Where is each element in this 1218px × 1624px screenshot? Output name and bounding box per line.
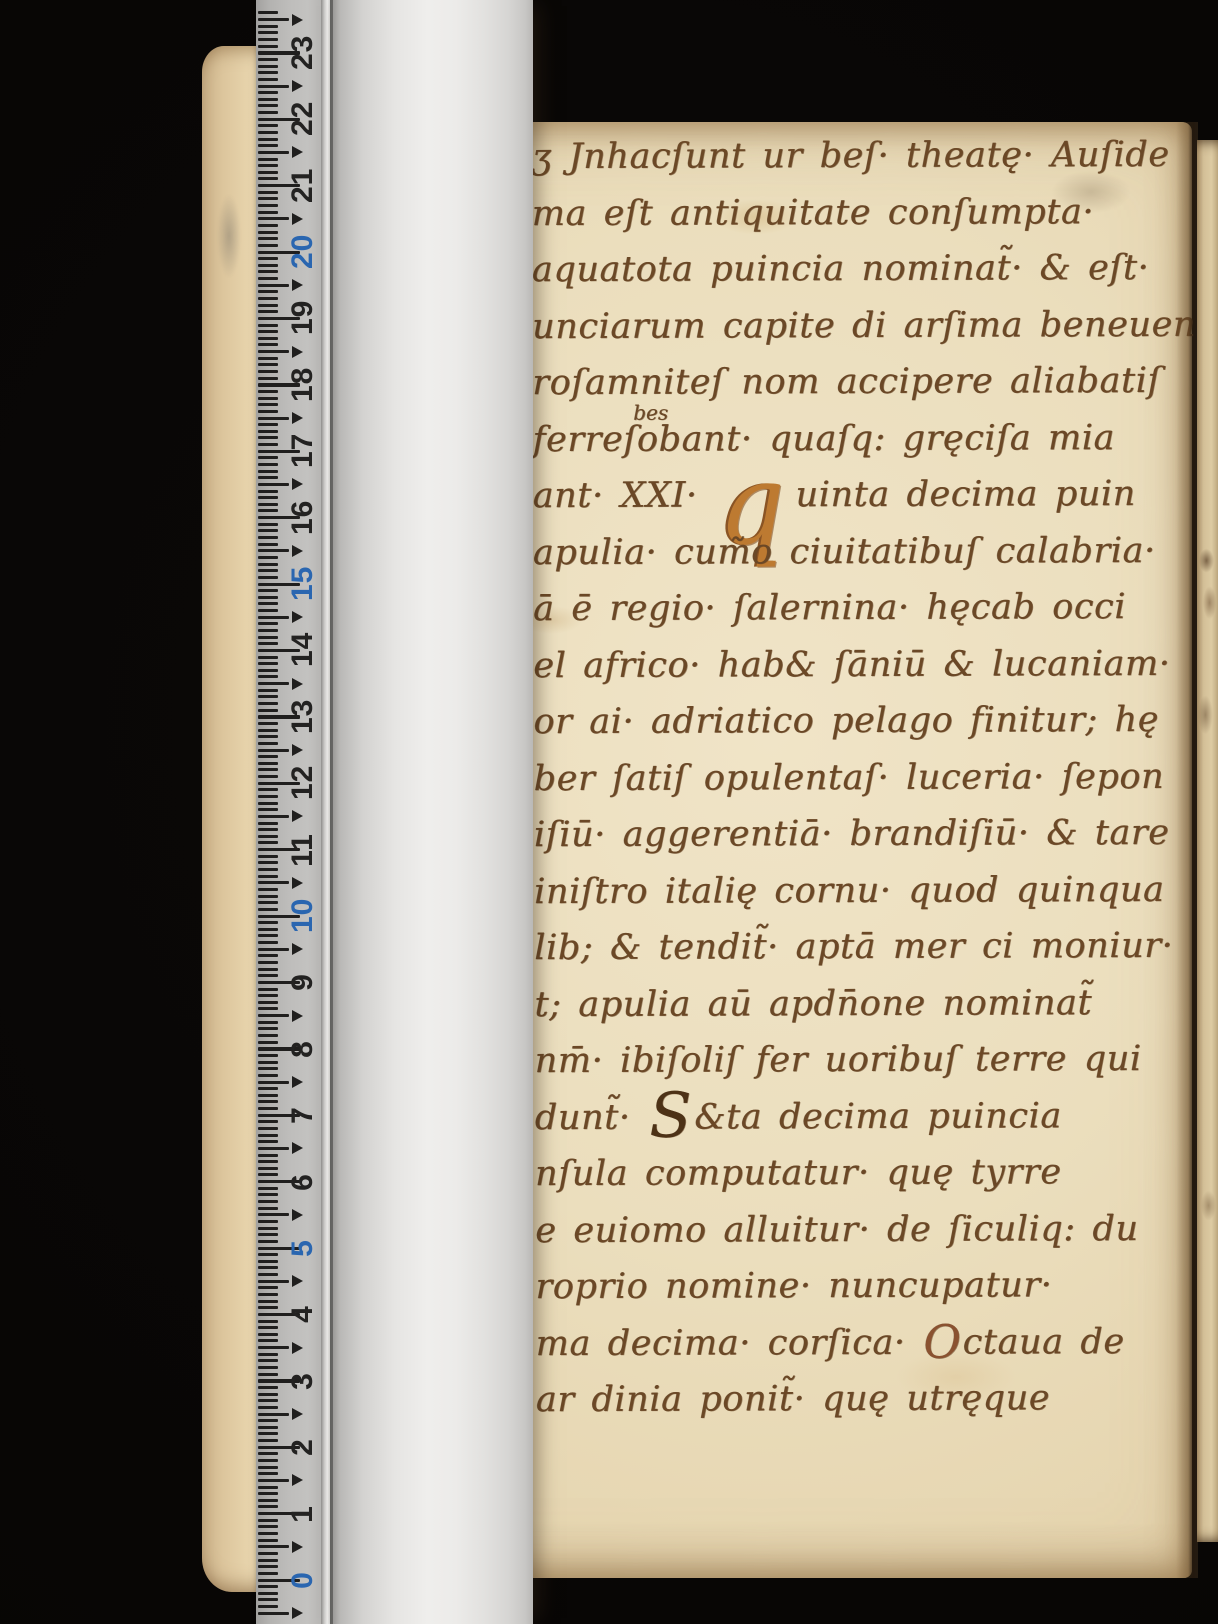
manuscript-line: t; apulia aū apdn̄one nominat̃ bbox=[534, 975, 1092, 1034]
ruler-tick bbox=[258, 363, 278, 366]
ruler-tick bbox=[258, 1472, 278, 1475]
ruler-tick bbox=[258, 576, 278, 579]
ruler-tick bbox=[258, 928, 278, 931]
ruler-tick bbox=[258, 1353, 278, 1356]
ruler-halfcm-arrow bbox=[292, 279, 303, 291]
ruler-tick bbox=[258, 1173, 278, 1176]
ruler-number: 4 bbox=[286, 1297, 320, 1331]
manuscript-line: el africo· hab& ſāniū & lucaniam· bbox=[533, 635, 1170, 694]
ruler-tick bbox=[258, 25, 278, 28]
ruler-tick bbox=[258, 1505, 278, 1508]
ruler-tick bbox=[258, 456, 278, 459]
line-text: ma eſt antiquitate conſumpta· bbox=[532, 192, 1095, 234]
ruler-tick bbox=[258, 841, 278, 844]
ruler-halfcm-arrow bbox=[292, 1607, 303, 1619]
ruler-halfcm-arrow bbox=[292, 943, 303, 955]
line-text: ant· XXI· bbox=[533, 476, 715, 517]
ruler-tick bbox=[258, 775, 278, 778]
ruler-tick bbox=[258, 390, 278, 393]
ruler-tick bbox=[258, 1565, 278, 1568]
pencil-smudge bbox=[212, 176, 246, 296]
ruler-tick bbox=[258, 1459, 278, 1462]
ruler-tick bbox=[258, 324, 278, 327]
ruler-tick bbox=[258, 58, 278, 61]
ruler-tick bbox=[258, 1479, 289, 1482]
ruler-number: 19 bbox=[286, 301, 320, 335]
ruler-tick bbox=[258, 1273, 278, 1276]
roll-seam-shadow bbox=[330, 0, 333, 1624]
manuscript-line: ma decima· corſica· Octaua de bbox=[536, 1314, 1125, 1373]
ruler-tick bbox=[258, 1207, 278, 1210]
manuscript-line: ma eſt antiquitate conſumpta· bbox=[532, 184, 1095, 243]
line-text: &ta decima puincia bbox=[694, 1096, 1062, 1137]
manuscript-line: ber ſatiſ opulentaſ· luceria· ſepon bbox=[534, 748, 1165, 807]
ruler-number: 14 bbox=[286, 633, 320, 667]
ruler-tick bbox=[258, 264, 278, 267]
ruler-tick bbox=[258, 430, 278, 433]
ruler-halfcm-arrow bbox=[292, 1342, 303, 1354]
ruler-tick bbox=[258, 138, 278, 141]
ruler-number: 9 bbox=[286, 965, 320, 999]
ruler-tick bbox=[258, 881, 289, 884]
ruler-tick bbox=[258, 204, 278, 207]
ruler-tick bbox=[258, 417, 289, 420]
ruler-halfcm-arrow bbox=[292, 1408, 303, 1420]
ruler-tick bbox=[258, 948, 289, 951]
ruler-tick bbox=[258, 1107, 278, 1110]
ruler-tick bbox=[258, 1452, 278, 1455]
ruler-tick bbox=[258, 1227, 278, 1230]
ruler-tick bbox=[258, 729, 278, 732]
ruler-halfcm-arrow bbox=[292, 1541, 303, 1553]
line-text: nſula computatur· quę tyrre bbox=[535, 1152, 1062, 1194]
ruler-tick bbox=[258, 1100, 278, 1103]
ruler-tick bbox=[258, 702, 278, 705]
ruler-tick bbox=[258, 1419, 278, 1422]
ruler-tick bbox=[258, 224, 278, 227]
ruler-tick bbox=[258, 602, 278, 605]
ruler-halfcm-arrow bbox=[292, 346, 303, 358]
ruler-tick bbox=[258, 1074, 278, 1077]
ruler-tick bbox=[258, 1127, 278, 1130]
ruler-tick bbox=[258, 529, 278, 532]
ruler-tick bbox=[258, 297, 278, 300]
ruler-tick bbox=[258, 1140, 278, 1143]
ruler-tick bbox=[258, 1167, 278, 1170]
ruler-tick bbox=[258, 197, 278, 200]
ruler-number: 22 bbox=[286, 102, 320, 136]
ruler-tick bbox=[258, 735, 278, 738]
ruler-tick bbox=[258, 1346, 289, 1349]
ruler-tick bbox=[258, 1007, 278, 1010]
ruler-tick bbox=[258, 350, 289, 353]
ruler-tick bbox=[258, 18, 289, 21]
line-text: unciarum capite di arſima beneuen bbox=[532, 304, 1196, 346]
ruler-halfcm-arrow bbox=[292, 1010, 303, 1022]
ruler-tick bbox=[258, 177, 278, 180]
ruler-tick bbox=[258, 397, 278, 400]
ruler-tick bbox=[258, 1552, 278, 1555]
ruler-tick bbox=[258, 111, 278, 114]
ruler-tick bbox=[258, 1499, 278, 1502]
line-text: e euiomo alluitur· de ſiculiq: du bbox=[535, 1209, 1138, 1251]
ruler-tick bbox=[258, 1293, 278, 1296]
ruler-tick bbox=[258, 1545, 289, 1548]
ruler-tick bbox=[258, 509, 278, 512]
manuscript-line: ar dinia ponit̃· quę utręque bbox=[536, 1370, 1050, 1429]
ruler-tick bbox=[258, 1154, 278, 1157]
ruler-tick bbox=[258, 45, 278, 48]
manuscript-line: or ai· adriatico pelago finitur; hę bbox=[533, 692, 1159, 751]
ruler-tick bbox=[258, 1240, 278, 1243]
ruler-tick bbox=[258, 1519, 278, 1522]
manuscript-line: ferreſobbesant· quaſq: gręciſa mia bbox=[532, 410, 1115, 469]
ruler-tick bbox=[258, 1280, 289, 1283]
ruler-tick bbox=[258, 231, 278, 234]
ruler-halfcm-arrow bbox=[292, 80, 303, 92]
ruler-tick bbox=[258, 569, 278, 572]
ruler-tick bbox=[258, 1147, 289, 1150]
ruler-tick bbox=[258, 124, 278, 127]
ruler-tick bbox=[258, 1286, 278, 1289]
ruler-tick bbox=[258, 1081, 289, 1084]
ruler-tick bbox=[258, 1492, 278, 1495]
ruler-tick bbox=[258, 974, 278, 977]
ruler-tick bbox=[258, 1253, 278, 1256]
ruler-tick bbox=[258, 38, 278, 41]
ruler-tick bbox=[258, 503, 278, 506]
photo-stage: ʒ Jnhacſunt ur beſ· theatę· Auſidema eſt… bbox=[0, 0, 1218, 1624]
ruler-tick bbox=[258, 370, 278, 373]
ruler-number: 20 bbox=[286, 235, 320, 269]
ruler-tick bbox=[258, 749, 289, 752]
ruler-tick bbox=[258, 523, 278, 526]
manuscript-line: apulia· cum̃o ciuitatibuſ calabria· bbox=[533, 522, 1156, 581]
ruler-number: 7 bbox=[286, 1098, 320, 1132]
ruler-tick bbox=[258, 636, 278, 639]
ruler-tick bbox=[258, 1612, 289, 1615]
line-text: ā ē regio· ſalernina· hęcab occi bbox=[533, 587, 1126, 629]
ruler-tick bbox=[258, 237, 278, 240]
ruler-tick bbox=[258, 1326, 278, 1329]
ruler-tick bbox=[258, 622, 278, 625]
ruler-tick bbox=[258, 934, 278, 937]
ruler-number: 21 bbox=[286, 169, 320, 203]
line-text: or ai· adriatico pelago finitur; hę bbox=[533, 700, 1159, 742]
ruler-tick bbox=[258, 795, 278, 798]
manuscript-line: nſula computatur· quę tyrre bbox=[535, 1144, 1062, 1203]
ruler-tick bbox=[258, 722, 278, 725]
line-text: t; apulia aū apdn̄one nominat̃ bbox=[534, 983, 1092, 1025]
ruler-tick bbox=[258, 71, 278, 74]
ruler-tick bbox=[258, 629, 278, 632]
manuscript-line: lib; & tendit̃· aptā mer ci moniur· bbox=[534, 918, 1173, 977]
ruler-tick bbox=[258, 609, 278, 612]
ruler-tick bbox=[258, 1359, 278, 1362]
ruler-tick bbox=[258, 377, 278, 380]
ruler-tick bbox=[258, 1386, 278, 1389]
ruler-tick bbox=[258, 1585, 278, 1588]
ruler-tick bbox=[258, 1572, 278, 1575]
ruler-tick bbox=[258, 310, 278, 313]
line-text: roprio nomine· nuncupatur· bbox=[535, 1265, 1052, 1307]
ruler-tick bbox=[258, 257, 278, 260]
ruler-halfcm-arrow bbox=[292, 412, 303, 424]
manuscript-line: nm̄· ibiſoliſ fer uoribuſ terre qui bbox=[535, 1031, 1142, 1090]
ruler-tick bbox=[258, 642, 278, 645]
ruler-tick bbox=[258, 1439, 278, 1442]
ruler-tick bbox=[258, 543, 278, 546]
line-text: nm̄· ibiſoliſ fer uoribuſ terre qui bbox=[535, 1039, 1142, 1081]
ruler-tick bbox=[258, 91, 278, 94]
ruler-tick bbox=[258, 762, 278, 765]
ruler-tick bbox=[258, 835, 278, 838]
ruler-tick bbox=[258, 589, 278, 592]
ruler-tick bbox=[258, 211, 278, 214]
ruler-tick bbox=[258, 1094, 278, 1097]
ruler-tick bbox=[258, 675, 278, 678]
ruler-tick bbox=[258, 1027, 278, 1030]
ruler-tick bbox=[258, 1320, 278, 1323]
ruler-tick bbox=[258, 742, 278, 745]
ruler-tick bbox=[258, 1014, 289, 1017]
ruler-tick bbox=[258, 1532, 278, 1535]
manuscript-line: roprio nomine· nuncupatur· bbox=[535, 1257, 1052, 1316]
line-text: lib; & tendit̃· aptā mer ci moniur· bbox=[534, 926, 1173, 968]
ruler-tick bbox=[258, 1393, 278, 1396]
ruler-tick bbox=[258, 443, 278, 446]
ruler-tick bbox=[258, 1366, 278, 1369]
ruler-tick bbox=[258, 1413, 289, 1416]
ruler-number: 3 bbox=[286, 1364, 320, 1398]
ruler-tick bbox=[258, 290, 278, 293]
ruler-number: 1 bbox=[286, 1497, 320, 1531]
ruler-tick bbox=[258, 1373, 278, 1376]
ruler-halfcm-arrow bbox=[292, 146, 303, 158]
gutter-crease bbox=[1176, 122, 1198, 1578]
line-text: ʒ Jnhacſunt ur beſ· theatę· Auſide bbox=[532, 135, 1170, 177]
ruler-tick bbox=[258, 815, 289, 818]
ruler-halfcm-arrow bbox=[292, 545, 303, 557]
manuscript-line: ant· XXI· quinta decima puin bbox=[533, 466, 1136, 525]
ruler-tick bbox=[258, 270, 278, 273]
ruler-tick bbox=[258, 709, 278, 712]
ruler-tick bbox=[258, 556, 278, 559]
ruler-tick bbox=[258, 85, 289, 88]
ruler-tick bbox=[258, 808, 278, 811]
manuscript-line: aquatota puincia nominat̃· & eſt· bbox=[532, 240, 1150, 299]
ruler-tick bbox=[258, 423, 278, 426]
ruler-number: 23 bbox=[286, 36, 320, 70]
ruler-number: 0 bbox=[286, 1563, 320, 1597]
ruler-tick bbox=[258, 895, 278, 898]
manuscript-line: ā ē regio· ſalernina· hęcab occi bbox=[533, 579, 1126, 638]
line-text: apulia· cum̃o ciuitatibuſ calabria· bbox=[533, 530, 1156, 572]
ruler-tick bbox=[258, 549, 289, 552]
ruler-tick bbox=[258, 158, 278, 161]
ruler-tick bbox=[258, 1333, 278, 1336]
ruler-tick bbox=[258, 98, 278, 101]
ruler-halfcm-arrow bbox=[292, 1076, 303, 1088]
ruler-tick bbox=[258, 470, 278, 473]
ruler-number: 15 bbox=[286, 567, 320, 601]
ruler-tick bbox=[258, 65, 278, 68]
ruler-number: 18 bbox=[286, 368, 320, 402]
ruler-tick bbox=[258, 1120, 278, 1123]
ruler-halfcm-arrow bbox=[292, 877, 303, 889]
ruler-tick bbox=[258, 1266, 278, 1269]
ruler-tick bbox=[258, 689, 278, 692]
ruler-tick bbox=[258, 1187, 278, 1190]
ruler-number: 17 bbox=[286, 434, 320, 468]
ruler-tick bbox=[258, 337, 278, 340]
line-text: uinta decima puin bbox=[796, 474, 1136, 515]
ruler-tick bbox=[258, 1054, 278, 1057]
ruler-tick bbox=[258, 164, 278, 167]
ruler-tick bbox=[258, 908, 278, 911]
ruler-halfcm-arrow bbox=[292, 1275, 303, 1287]
ruler-tick bbox=[258, 1486, 278, 1489]
ruler-number: 2 bbox=[286, 1430, 320, 1464]
ruler-tick bbox=[258, 1260, 278, 1263]
ruler-number: 12 bbox=[286, 766, 320, 800]
ruler-tick bbox=[258, 343, 278, 346]
ruler-tick bbox=[258, 191, 278, 194]
ruler-tick bbox=[258, 1067, 278, 1070]
manuscript-line: unciarum capite di arſima beneuen bbox=[532, 296, 1196, 355]
manuscript-line: e euiomo alluitur· de ſiculiq: du bbox=[535, 1201, 1139, 1260]
ruler-tick bbox=[258, 463, 278, 466]
ruler-tick bbox=[258, 961, 278, 964]
ruler-tick bbox=[258, 284, 289, 287]
ruler-tick bbox=[258, 536, 278, 539]
ruler-tick bbox=[258, 1598, 278, 1601]
ruler-tick bbox=[258, 104, 278, 107]
ruler-tick bbox=[258, 1134, 278, 1137]
ruler-tick bbox=[258, 755, 278, 758]
ruler-tick bbox=[258, 490, 278, 493]
manuscript-line: iniſtro italię cornu· quod quinqua bbox=[534, 861, 1165, 920]
ruler-tick bbox=[258, 1233, 278, 1236]
ruler-tick bbox=[258, 988, 278, 991]
ruler-tick bbox=[258, 875, 278, 878]
line-text: ſobbes bbox=[623, 419, 681, 459]
line-text: dunt̃· bbox=[535, 1097, 648, 1137]
ruler-tick bbox=[258, 11, 278, 14]
ruler-tick bbox=[258, 656, 278, 659]
manuscript-line: ʒ Jnhacſunt ur beſ· theatę· Auſide bbox=[531, 127, 1169, 186]
ruler-tick bbox=[258, 330, 278, 333]
ruler-tick bbox=[258, 616, 289, 619]
ruler-number: 13 bbox=[286, 700, 320, 734]
ruler-tick bbox=[258, 1539, 278, 1542]
ruler-tick bbox=[258, 563, 278, 566]
ruler-tick bbox=[258, 822, 278, 825]
ruler-bevel-edge bbox=[321, 0, 330, 1624]
ruler-tick bbox=[258, 921, 278, 924]
ruler-number: 6 bbox=[286, 1165, 320, 1199]
ruler-tick bbox=[258, 1213, 289, 1216]
manuscript-line: iſiū· aggerentiā· brandiſiū· & tare bbox=[534, 805, 1170, 864]
ruler-tick bbox=[258, 669, 278, 672]
ruler-halfcm-arrow bbox=[292, 1209, 303, 1221]
line-text: ar dinia ponit̃· quę utręque bbox=[536, 1378, 1050, 1420]
manuscript-line: roſamniteſ nom accipere aliabatiſ bbox=[532, 353, 1161, 412]
ruler-tick bbox=[258, 596, 278, 599]
ruler-tick bbox=[258, 1426, 278, 1429]
ruler-tick bbox=[258, 403, 278, 406]
ruler-tick bbox=[258, 888, 278, 891]
ruler-tick bbox=[258, 1087, 278, 1090]
page-left-edge bbox=[202, 46, 260, 1592]
ruler-tick bbox=[258, 954, 278, 957]
ruler-tick bbox=[258, 855, 278, 858]
line-text: aquatota puincia nominat̃· & eſt· bbox=[532, 248, 1150, 290]
ruler-tick bbox=[258, 1432, 278, 1435]
page-holder-roll bbox=[330, 0, 533, 1624]
line-text: iſiū· aggerentiā· brandiſiū· & tare bbox=[534, 813, 1170, 855]
ruler-halfcm-arrow bbox=[292, 14, 303, 26]
ruler-tick bbox=[258, 662, 278, 665]
ruler-tick bbox=[258, 244, 278, 247]
ruler-tick bbox=[258, 1525, 278, 1528]
ruler-number: 11 bbox=[286, 833, 320, 867]
ruler-tick bbox=[258, 1605, 278, 1608]
ruler-tick bbox=[258, 1466, 278, 1469]
ruler-halfcm-arrow bbox=[292, 1142, 303, 1154]
ruler-tick bbox=[258, 1300, 278, 1303]
ruler-halfcm-arrow bbox=[292, 611, 303, 623]
ruler-tick bbox=[258, 1559, 278, 1562]
ruler-halfcm-arrow bbox=[292, 810, 303, 822]
ruler-tick bbox=[258, 1001, 278, 1004]
ruler-tick bbox=[258, 1220, 278, 1223]
ruler-tick bbox=[258, 768, 278, 771]
ruler-tick bbox=[258, 1306, 278, 1309]
ruler-tick bbox=[258, 695, 278, 698]
ruler-tick bbox=[258, 304, 278, 307]
ruler-tick bbox=[258, 357, 278, 360]
ruler-halfcm-arrow bbox=[292, 744, 303, 756]
ruler-tick bbox=[258, 1200, 278, 1203]
ruler-number: 10 bbox=[286, 899, 320, 933]
ruler-number: 5 bbox=[286, 1231, 320, 1265]
ruler-number: 8 bbox=[286, 1032, 320, 1066]
line-text: ma decima· corſica· bbox=[536, 1322, 923, 1363]
ruler-tick bbox=[258, 496, 278, 499]
ruler-tick bbox=[258, 1160, 278, 1163]
line-text: ctaua de bbox=[963, 1322, 1125, 1363]
ruler-tick bbox=[258, 151, 289, 154]
ruler-tick bbox=[258, 788, 278, 791]
ruler-tick bbox=[258, 436, 278, 439]
ruler-tick bbox=[258, 1034, 278, 1037]
line-text: el africo· hab& ſāniū & lucaniam· bbox=[533, 643, 1170, 685]
interlinear-gloss: bes bbox=[633, 402, 668, 422]
ruler-tick bbox=[258, 1061, 278, 1064]
text-block: ʒ Jnhacſunt ur beſ· theatę· Auſidema eſt… bbox=[531, 125, 1196, 1567]
line-text: iniſtro italię cornu· quod quinqua bbox=[534, 869, 1165, 911]
ruler-tick bbox=[258, 968, 278, 971]
line-text: ferre bbox=[533, 419, 624, 459]
ruler-tick bbox=[258, 131, 278, 134]
ruler-tick bbox=[258, 31, 278, 34]
ruler-halfcm-arrow bbox=[292, 478, 303, 490]
ruler-halfcm-arrow bbox=[292, 213, 303, 225]
ruler-tick bbox=[258, 410, 278, 413]
ruler-tick bbox=[258, 1193, 278, 1196]
ruler-tick bbox=[258, 144, 278, 147]
